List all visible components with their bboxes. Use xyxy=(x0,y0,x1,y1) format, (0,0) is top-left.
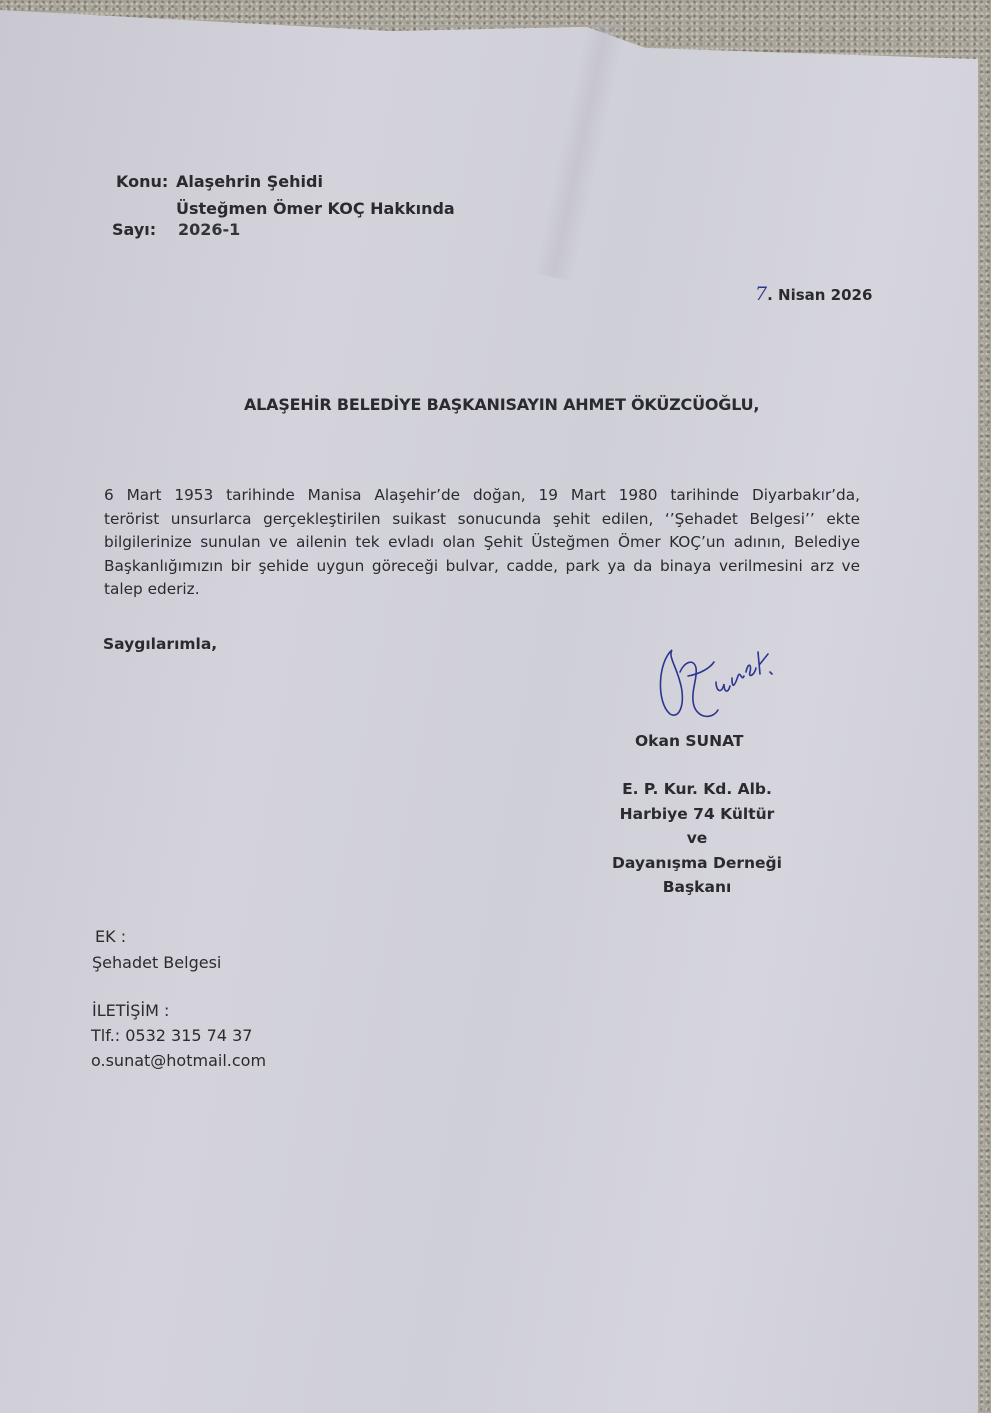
body-line: bilgilerinize sunulan ve ailenin tek evl… xyxy=(104,531,860,555)
number-value: 2026-1 xyxy=(178,218,240,242)
handwritten-day: 7 xyxy=(755,283,767,305)
printed-date: . Nisan 2026 xyxy=(767,286,872,304)
contact-label: İLETİŞİM : xyxy=(92,999,169,1023)
contact-email: o.sunat@hotmail.com xyxy=(91,1049,266,1073)
letter-body: 6 Mart 1953 tarihinde Manisa Alaşehir’de… xyxy=(104,484,860,602)
body-line: 6 Mart 1953 tarihinde Manisa Alaşehir’de… xyxy=(104,484,860,508)
body-line: Başkanlığımızın bir şehide uygun göreceğ… xyxy=(104,555,860,579)
signer-title-line: Dayanışma Derneği xyxy=(612,851,782,876)
signer-title-line: E. P. Kur. Kd. Alb. xyxy=(612,777,782,802)
signer-title-line: Harbiye 74 Kültür xyxy=(612,802,782,827)
signer-title-line: ve xyxy=(612,826,782,851)
signer-title: E. P. Kur. Kd. Alb. Harbiye 74 Kültür ve… xyxy=(612,777,782,900)
attachment-value: Şehadet Belgesi xyxy=(92,951,221,975)
closing: Saygılarımla, xyxy=(103,632,217,656)
body-line: terörist unsurlarca gerçekleştirilen sui… xyxy=(104,508,860,532)
subject-line-1: Alaşehrin Şehidi xyxy=(176,170,323,194)
attachment-label: EK : xyxy=(95,925,126,949)
signature-icon xyxy=(650,632,780,722)
contact-phone: Tlf.: 0532 315 74 37 xyxy=(91,1024,252,1048)
recipient-heading: ALAŞEHİR BELEDİYE BAŞKANISAYIN AHMET ÖKÜ… xyxy=(244,393,759,417)
letter-date: 7. Nisan 2026 xyxy=(755,282,872,307)
signer-title-line: Başkanı xyxy=(612,875,782,900)
body-line: talep ederiz. xyxy=(104,578,860,602)
number-label: Sayı: xyxy=(112,218,156,242)
subject-label: Konu: xyxy=(116,170,168,194)
signer-name: Okan SUNAT xyxy=(635,729,743,753)
